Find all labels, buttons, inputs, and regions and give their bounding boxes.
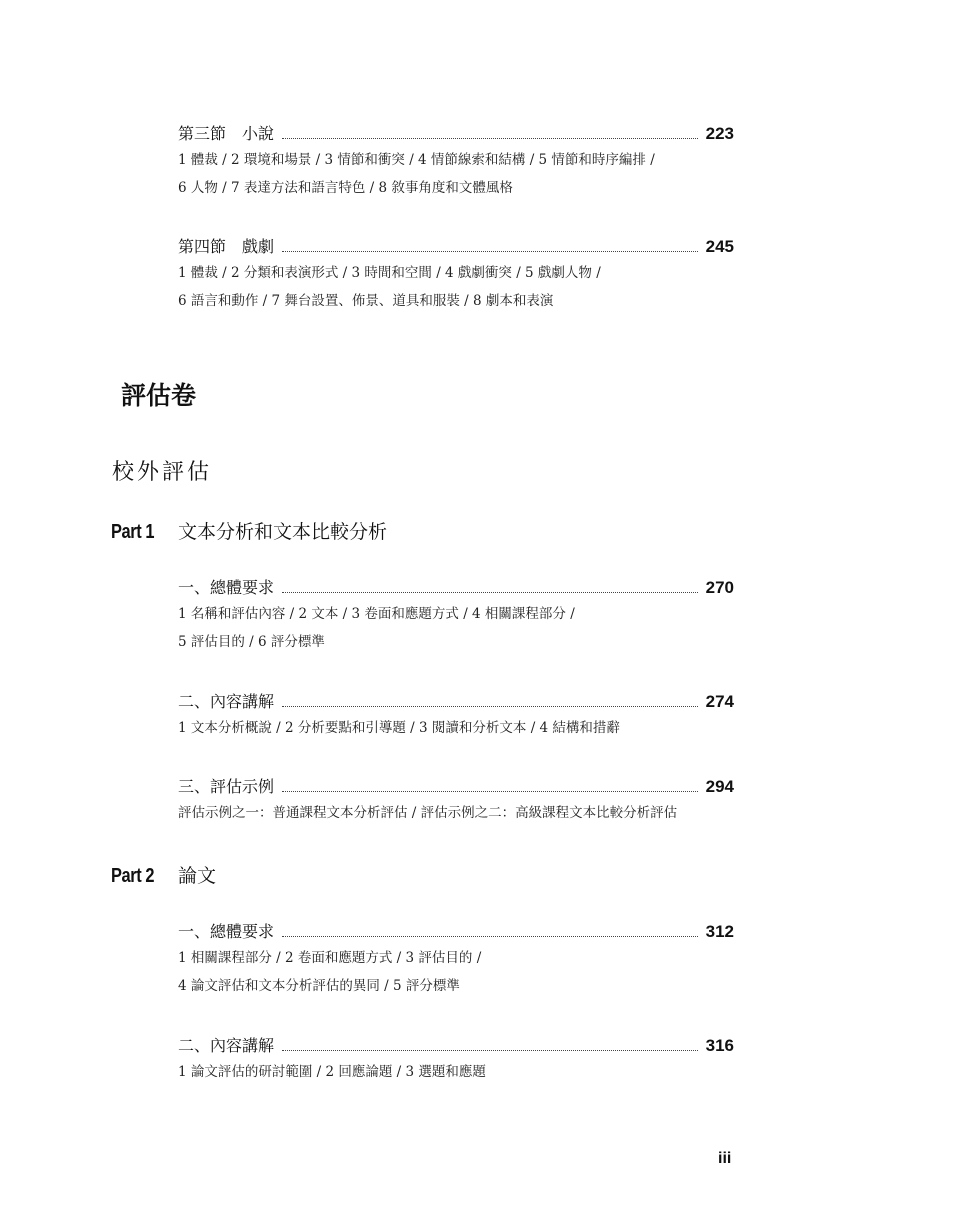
part-heading-2: Part 2 論文: [111, 861, 216, 888]
toc-topics-line: 6 人物 / 7 表達方法和語言特色 / 8 敘事角度和文體風格: [178, 179, 513, 197]
toc-entry-title: 二、內容講解: [178, 1036, 274, 1056]
toc-entry-title: 二、內容講解: [178, 692, 274, 712]
toc-entry-essay-content-explanation[interactable]: 二、內容講解 316: [178, 1034, 734, 1056]
toc-entry-general-requirements[interactable]: 一、總體要求 270: [178, 576, 734, 598]
toc-topics-line: 評估示例之一：普通課程文本分析評估 / 評估示例之二：高級課程文本比較分析評估: [178, 804, 677, 822]
toc-topics-line: 1 相關課程部分 / 2 卷面和應題方式 / 3 評估目的 /: [178, 949, 481, 967]
toc-topics-line: 1 名稱和評估內容 / 2 文本 / 3 卷面和應題方式 / 4 相關課程部分 …: [178, 605, 575, 623]
part-title: 文本分析和文本比較分析: [178, 517, 387, 544]
toc-topics-line: 1 論文評估的研討範圍 / 2 回應論題 / 3 選題和應題: [178, 1063, 486, 1081]
toc-page-number: 270: [706, 578, 734, 598]
toc-entry-drama[interactable]: 第四節 戲劇 245: [178, 235, 734, 257]
toc-entry-content-explanation[interactable]: 二、內容講解 274: [178, 690, 734, 712]
part-heading-1: Part 1 文本分析和文本比較分析: [111, 517, 387, 544]
toc-topics-line: 5 評估目的 / 6 評分標準: [178, 633, 325, 651]
toc-entry-title: 第三節 小說: [178, 124, 274, 144]
toc-entry-title: 三、評估示例: [178, 777, 274, 797]
toc-entry-assessment-examples[interactable]: 三、評估示例 294: [178, 775, 734, 797]
toc-topics-line: 1 文本分析概說 / 2 分析要點和引導題 / 3 閱讀和分析文本 / 4 結構…: [178, 719, 620, 737]
toc-entry-title: 一、總體要求: [178, 922, 274, 942]
part-label: Part 1: [111, 521, 163, 544]
main-heading: 評估卷: [121, 376, 196, 412]
toc-page-number: 223: [706, 124, 734, 144]
dot-leader: [282, 137, 698, 139]
toc-entry-novel[interactable]: 第三節 小說 223: [178, 122, 734, 144]
section-heading: 校外評估: [112, 455, 212, 486]
page-folio: iii: [718, 1150, 731, 1168]
toc-page-number: 274: [706, 692, 734, 712]
toc-page-number: 316: [706, 1036, 734, 1056]
dot-leader: [282, 705, 698, 707]
toc-page-number: 294: [706, 777, 734, 797]
part-label: Part 2: [111, 865, 163, 888]
toc-entry-title: 一、總體要求: [178, 578, 274, 598]
dot-leader: [282, 790, 698, 792]
dot-leader: [282, 935, 698, 937]
dot-leader: [282, 250, 698, 252]
toc-entry-essay-general-requirements[interactable]: 一、總體要求 312: [178, 920, 734, 942]
toc-entry-title: 第四節 戲劇: [178, 237, 274, 257]
toc-topics-line: 1 體裁 / 2 環境和場景 / 3 情節和衝突 / 4 情節線索和結構 / 5…: [178, 151, 655, 169]
toc-topics-line: 6 語言和動作 / 7 舞台設置、佈景、道具和服裝 / 8 劇本和表演: [178, 292, 553, 310]
dot-leader: [282, 591, 698, 593]
toc-page-number: 245: [706, 237, 734, 257]
toc-page-number: 312: [706, 922, 734, 942]
part-title: 論文: [178, 861, 216, 888]
toc-topics-line: 4 論文評估和文本分析評估的異同 / 5 評分標準: [178, 977, 460, 995]
dot-leader: [282, 1049, 698, 1051]
toc-topics-line: 1 體裁 / 2 分類和表演形式 / 3 時間和空間 / 4 戲劇衝突 / 5 …: [178, 264, 601, 282]
